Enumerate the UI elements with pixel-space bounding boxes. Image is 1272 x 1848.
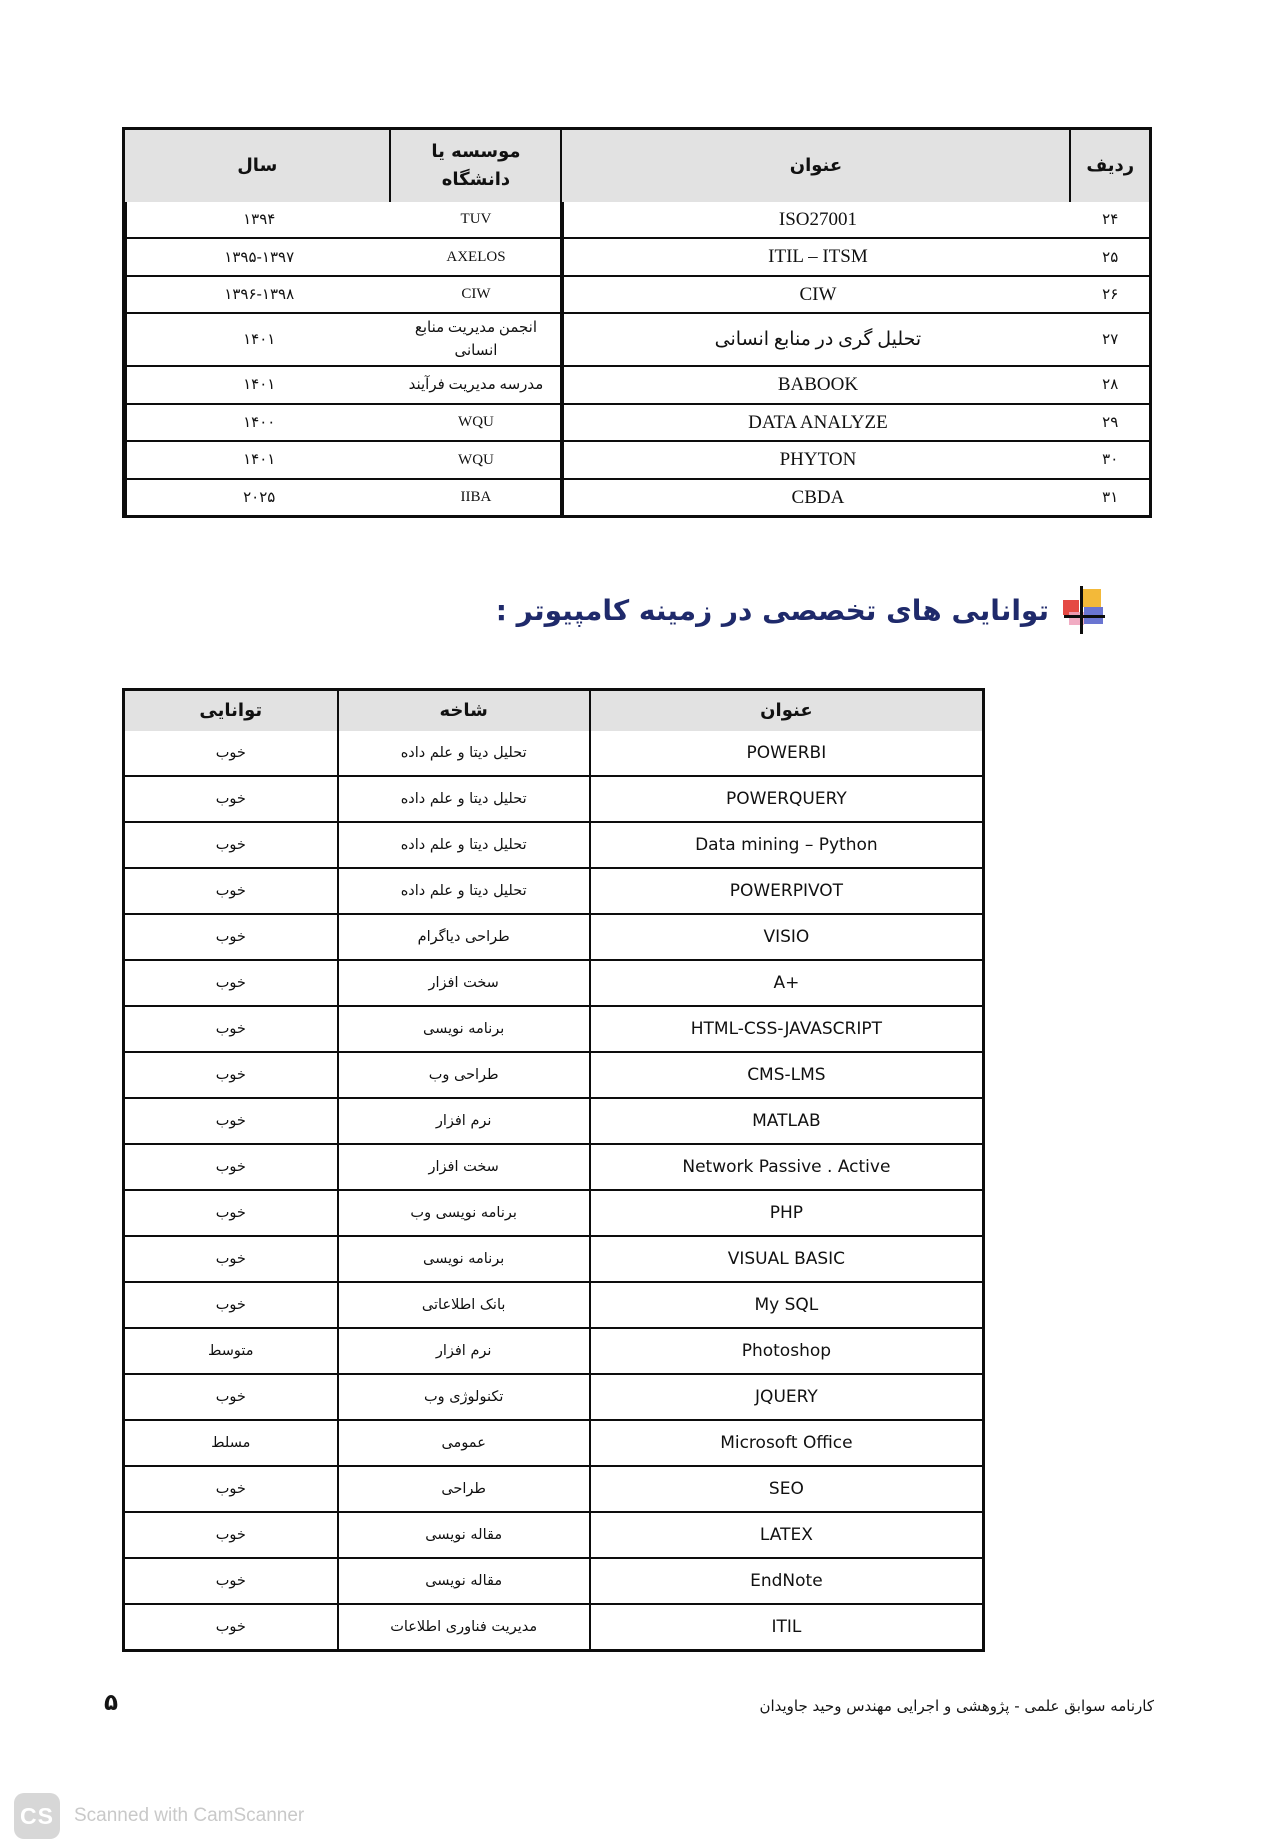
cell-skill-ability: خوب	[125, 1145, 339, 1189]
cell-skill-title: HTML-CSS-JAVASCRIPT	[591, 1007, 982, 1051]
cell-skill-title: ITIL	[591, 1605, 982, 1649]
cell-skill-title: Microsoft Office	[591, 1421, 982, 1465]
cell-skill-ability: خوب	[125, 915, 339, 959]
cell-skill-ability: خوب	[125, 823, 339, 867]
cell-skill-title: POWERQUERY	[591, 777, 982, 821]
cell-skill-ability: متوسط	[125, 1329, 339, 1373]
section-heading: توانایی های تخصصی در زمینه کامپیوتر :	[496, 584, 1105, 636]
cell-title: BABOOK	[562, 367, 1071, 402]
cell-skill-ability: خوب	[125, 869, 339, 913]
cell-skill-title: Network Passive . Active	[591, 1145, 982, 1189]
cell-skill-branch: برنامه نویسی وب	[339, 1191, 591, 1235]
certification-row: ۲۹ DATA ANALYZE WQU ۱۴۰۰	[125, 403, 1149, 440]
cell-skill-ability: خوب	[125, 1467, 339, 1511]
cell-skill-branch: مقاله نویسی	[339, 1559, 591, 1603]
skill-row: ITIL مدیریت فناوری اطلاعات خوب	[125, 1603, 982, 1649]
cell-skill-title: POWERPIVOT	[591, 869, 982, 913]
skill-row: CMS-LMS طراحی وب خوب	[125, 1051, 982, 1097]
cell-year: ۱۴۰۱	[125, 367, 391, 402]
cell-skill-branch: برنامه نویسی	[339, 1237, 591, 1281]
cell-institution: TUV	[391, 202, 562, 237]
cell-institution: انجمن مدیریت منابع انسانی	[391, 314, 562, 365]
cell-skill-branch: سخت افزار	[339, 1145, 591, 1189]
certifications-body: ۲۴ ISO27001 TUV ۱۳۹۴ ۲۵ ITIL – ITSM AXEL…	[125, 202, 1149, 515]
header-cell-branch: شاخه	[339, 691, 591, 731]
cell-skill-title: MATLAB	[591, 1099, 982, 1143]
cell-skill-ability: مسلط	[125, 1421, 339, 1465]
skill-row: POWERQUERY تحلیل دیتا و علم داده خوب	[125, 775, 982, 821]
skill-row: Microsoft Office عمومی مسلط	[125, 1419, 982, 1465]
cell-institution: CIW	[391, 277, 562, 312]
cell-skill-ability: خوب	[125, 1053, 339, 1097]
cell-year: ۱۴۰۱	[125, 442, 391, 477]
skill-row: VISIO طراحی دیاگرام خوب	[125, 913, 982, 959]
certifications-header-row: ردیف عنوان موسسه یا دانشگاه سال	[125, 130, 1149, 202]
cell-year: ۱۳۹۵-۱۳۹۷	[125, 239, 391, 274]
cell-skill-ability: خوب	[125, 1283, 339, 1327]
header-cell-title: عنوان	[562, 130, 1071, 202]
skill-row: My SQL بانک اطلاعاتی خوب	[125, 1281, 982, 1327]
colored-plus-bullet-icon	[1063, 586, 1105, 634]
cell-institution: مدرسه مدیریت فرآیند	[391, 367, 562, 402]
cell-row-number: ۲۹	[1071, 405, 1149, 440]
cell-year: ۲۰۲۵	[125, 480, 391, 515]
cell-skill-ability: خوب	[125, 1237, 339, 1281]
cell-institution: WQU	[391, 405, 562, 440]
cell-row-number: ۲۵	[1071, 239, 1149, 274]
cell-row-number: ۲۸	[1071, 367, 1149, 402]
cell-skill-ability: خوب	[125, 1007, 339, 1051]
cell-skill-title: PHP	[591, 1191, 982, 1235]
cell-skill-ability: خوب	[125, 777, 339, 821]
skills-body: POWERBI تحلیل دیتا و علم داده خوب POWERQ…	[125, 731, 982, 1649]
cross-vertical-bar	[1080, 586, 1083, 634]
skill-row: SEO طراحی خوب	[125, 1465, 982, 1511]
header-cell-ability: توانایی	[125, 691, 339, 731]
certifications-table: ردیف عنوان موسسه یا دانشگاه سال ۲۴ ISO27…	[122, 127, 1152, 518]
cell-skill-ability: خوب	[125, 1191, 339, 1235]
skill-row: JQUERY تکنولوژی وب خوب	[125, 1373, 982, 1419]
certification-row: ۳۰ PHYTON WQU ۱۴۰۱	[125, 440, 1149, 477]
cross-horizontal-bar	[1064, 615, 1105, 618]
skill-row: HTML-CSS-JAVASCRIPT برنامه نویسی خوب	[125, 1005, 982, 1051]
cell-skill-ability: خوب	[125, 961, 339, 1005]
cell-skill-ability: خوب	[125, 1375, 339, 1419]
cell-institution: WQU	[391, 442, 562, 477]
footer-text: کارنامه سوابق علمی - پژوهشی و اجرایی مهن…	[759, 1697, 1154, 1715]
skill-row: VISUAL BASIC برنامه نویسی خوب	[125, 1235, 982, 1281]
cell-skill-title: LATEX	[591, 1513, 982, 1557]
camscanner-label: Scanned with CamScanner	[74, 1805, 304, 1827]
cell-title: ITIL – ITSM	[562, 239, 1071, 274]
cell-skill-ability: خوب	[125, 1099, 339, 1143]
cell-skill-title: My SQL	[591, 1283, 982, 1327]
cell-skill-branch: تحلیل دیتا و علم داده	[339, 823, 591, 867]
camscanner-watermark: CS Scanned with CamScanner	[14, 1793, 304, 1839]
document-page: ردیف عنوان موسسه یا دانشگاه سال ۲۴ ISO27…	[0, 0, 1272, 1848]
cell-skill-branch: تحلیل دیتا و علم داده	[339, 869, 591, 913]
page-number: ۵	[104, 1690, 118, 1716]
certification-row: ۲۶ CIW CIW ۱۳۹۶-۱۳۹۸	[125, 275, 1149, 312]
certification-row: ۲۸ BABOOK مدرسه مدیریت فرآیند ۱۴۰۱	[125, 365, 1149, 402]
skill-row: EndNote مقاله نویسی خوب	[125, 1557, 982, 1603]
cell-skill-branch: عمومی	[339, 1421, 591, 1465]
header-cell-row-number: ردیف	[1071, 130, 1149, 202]
cell-skill-ability: خوب	[125, 1605, 339, 1649]
cell-skill-title: VISUAL BASIC	[591, 1237, 982, 1281]
header-cell-year: سال	[125, 130, 391, 202]
cell-skill-branch: طراحی	[339, 1467, 591, 1511]
skill-row: POWERPIVOT تحلیل دیتا و علم داده خوب	[125, 867, 982, 913]
skill-row: LATEX مقاله نویسی خوب	[125, 1511, 982, 1557]
cell-skill-branch: تحلیل دیتا و علم داده	[339, 731, 591, 775]
skill-row: Data mining – Python تحلیل دیتا و علم دا…	[125, 821, 982, 867]
header-cell-title: عنوان	[591, 691, 982, 731]
cell-skill-ability: خوب	[125, 731, 339, 775]
cell-skill-title: Data mining – Python	[591, 823, 982, 867]
cell-year: ۱۴۰۰	[125, 405, 391, 440]
section-heading-text: توانایی های تخصصی در زمینه کامپیوتر :	[496, 594, 1049, 627]
cell-skill-branch: برنامه نویسی	[339, 1007, 591, 1051]
cell-skill-branch: طراحی وب	[339, 1053, 591, 1097]
cell-skill-title: POWERBI	[591, 731, 982, 775]
cell-institution: AXELOS	[391, 239, 562, 274]
skills-header-row: عنوان شاخه توانایی	[125, 691, 982, 731]
cell-institution: IIBA	[391, 480, 562, 515]
cell-row-number: ۲۴	[1071, 202, 1149, 237]
yellow-square	[1080, 589, 1101, 607]
cell-title: CBDA	[562, 480, 1071, 515]
cell-row-number: ۳۱	[1071, 480, 1149, 515]
certification-row: ۳۱ CBDA IIBA ۲۰۲۵	[125, 478, 1149, 515]
cell-title: تحلیل گری در منابع انسانی	[562, 314, 1071, 365]
cell-year: ۱۳۹۴	[125, 202, 391, 237]
cell-skill-branch: تحلیل دیتا و علم داده	[339, 777, 591, 821]
cell-skill-branch: تکنولوژی وب	[339, 1375, 591, 1419]
cell-title: CIW	[562, 277, 1071, 312]
cell-skill-title: A+	[591, 961, 982, 1005]
skill-row: MATLAB نرم افزار خوب	[125, 1097, 982, 1143]
cell-skill-branch: سخت افزار	[339, 961, 591, 1005]
cell-skill-branch: مدیریت فناوری اطلاعات	[339, 1605, 591, 1649]
skill-row: PHP برنامه نویسی وب خوب	[125, 1189, 982, 1235]
skills-table: عنوان شاخه توانایی POWERBI تحلیل دیتا و …	[122, 688, 985, 1652]
header-cell-institution: موسسه یا دانشگاه	[391, 130, 562, 202]
cell-skill-title: CMS-LMS	[591, 1053, 982, 1097]
cell-title: ISO27001	[562, 202, 1071, 237]
cell-row-number: ۲۶	[1071, 277, 1149, 312]
cell-skill-branch: بانک اطلاعاتی	[339, 1283, 591, 1327]
certification-row: ۲۵ ITIL – ITSM AXELOS ۱۳۹۵-۱۳۹۷	[125, 237, 1149, 274]
cell-skill-ability: خوب	[125, 1513, 339, 1557]
cell-skill-title: EndNote	[591, 1559, 982, 1603]
cell-title: DATA ANALYZE	[562, 405, 1071, 440]
cell-skill-branch: طراحی دیاگرام	[339, 915, 591, 959]
certification-row: ۲۷ تحلیل گری در منابع انسانی انجمن مدیری…	[125, 312, 1149, 365]
skill-row: Photoshop نرم افزار متوسط	[125, 1327, 982, 1373]
cell-skill-branch: نرم افزار	[339, 1329, 591, 1373]
cell-skill-title: JQUERY	[591, 1375, 982, 1419]
skill-row: POWERBI تحلیل دیتا و علم داده خوب	[125, 731, 982, 775]
cell-skill-title: VISIO	[591, 915, 982, 959]
cell-title: PHYTON	[562, 442, 1071, 477]
cell-skill-title: SEO	[591, 1467, 982, 1511]
cell-skill-branch: مقاله نویسی	[339, 1513, 591, 1557]
certification-row: ۲۴ ISO27001 TUV ۱۳۹۴	[125, 202, 1149, 237]
skill-row: Network Passive . Active سخت افزار خوب	[125, 1143, 982, 1189]
cell-skill-ability: خوب	[125, 1559, 339, 1603]
cell-row-number: ۳۰	[1071, 442, 1149, 477]
cell-year: ۱۳۹۶-۱۳۹۸	[125, 277, 391, 312]
cell-skill-branch: نرم افزار	[339, 1099, 591, 1143]
skill-row: A+ سخت افزار خوب	[125, 959, 982, 1005]
camscanner-logo-icon: CS	[14, 1793, 60, 1839]
cell-skill-title: Photoshop	[591, 1329, 982, 1373]
cell-row-number: ۲۷	[1071, 314, 1149, 365]
cell-year: ۱۴۰۱	[125, 314, 391, 365]
